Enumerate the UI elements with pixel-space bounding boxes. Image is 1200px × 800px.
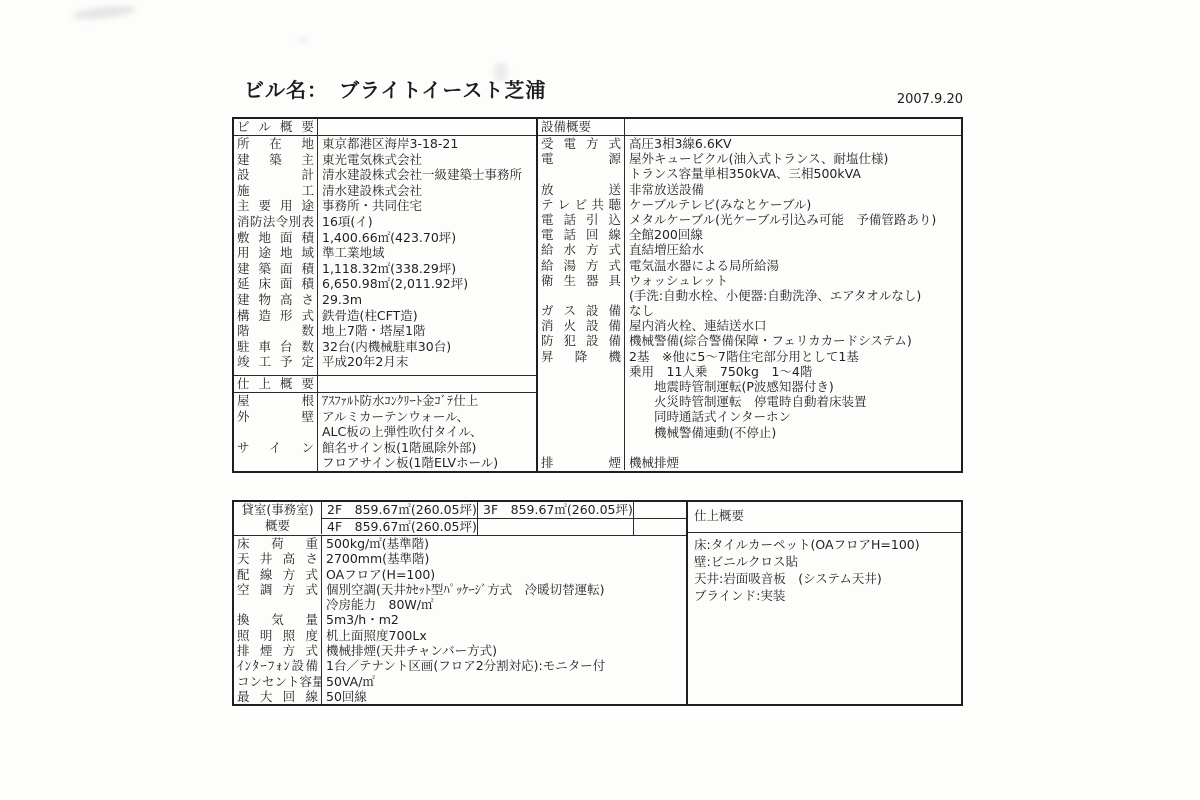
row-value: 準工業地域: [318, 245, 536, 261]
row-value: 機械警備連動(不停止): [625, 425, 961, 440]
section-title: 仕上概要: [234, 376, 318, 392]
table-row: ｲﾝﾀｰﾌｫﾝ設備 1台／テナント区画(フロア2分割対応):モニター付: [234, 658, 686, 673]
row-value: アルミカーテンウォール、: [318, 409, 536, 425]
row-label: 電話引込: [538, 212, 625, 227]
row-value: (手洗:自動水栓、小便器:自動洗浄、エアタオルなし): [625, 288, 961, 303]
row-label: 最大回線: [234, 689, 322, 704]
empty-cell: [318, 119, 536, 135]
row-label: 延床面積: [234, 276, 318, 292]
table-row: 建築主 東光電気株式会社: [234, 152, 536, 168]
spacer-row: [234, 370, 536, 375]
floor-area-cell: 4F 859.67㎡(260.05坪): [322, 519, 478, 535]
document-date: 2007.9.20: [853, 92, 963, 107]
row-value: 500kg/㎡(基準階): [322, 536, 686, 551]
table-row: トランス容量単相350kVA、三相500kVA: [538, 166, 961, 181]
row-value: 50回線: [322, 689, 686, 704]
table-row: 天井高さ 2700mm(基準階): [234, 551, 686, 566]
tenant-header-label-line1: 貸室(事務室): [234, 502, 321, 518]
row-value: 屋内消火栓、連結送水口: [625, 318, 961, 333]
row-label: 換気量: [234, 612, 322, 627]
tenant-header-label-line2: 概要: [234, 518, 321, 534]
row-label: 消防法令別表: [234, 214, 318, 230]
row-value: 高圧3相3線6.6KV: [625, 136, 961, 151]
table-row: 建築面積 1,118.32㎡(338.29坪): [234, 261, 536, 277]
building-overview-table: ビル概要 所在地 東京都港区海岸3-18-21 建築主 東光電気株式会社 設計 …: [232, 117, 538, 473]
building-overview-header-row: ビル概要: [234, 119, 536, 136]
row-value: メタルケーブル(光ケーブル引込み可能 予備管路あり): [625, 212, 961, 227]
row-value: OAフロア(H=100): [322, 567, 686, 582]
table-row: 消防法令別表 16項(イ): [234, 214, 536, 230]
empty-cell: [318, 376, 536, 392]
row-label: ｲﾝﾀｰﾌｫﾝ設備: [234, 658, 322, 673]
table-row: 同時通話式インターホン: [538, 409, 961, 424]
row-value: 清水建設株式会社一級建築士事務所: [318, 167, 536, 183]
table-row: 用途地域 準工業地域: [234, 245, 536, 261]
row-value: 同時通話式インターホン: [625, 409, 961, 424]
table-row: 主要用途 事務所・共同住宅: [234, 198, 536, 214]
row-value: 機械排煙: [625, 455, 961, 470]
row-label: 用途地域: [234, 245, 318, 261]
table-row: 階数 地上7階・塔屋1階: [234, 323, 536, 339]
finish-overview-header-row: 仕上概要: [234, 375, 536, 393]
tenant-overview-table: 貸室(事務室) 概要 2F 859.67㎡(260.05坪)3F 859.67㎡…: [232, 500, 688, 706]
table-row: 照明照度 机上面照度700Lx: [234, 628, 686, 643]
row-value: 屋外キュービクル(油入式トランス、耐塩仕様): [625, 151, 961, 166]
floor-area-row-2: 4F 859.67㎡(260.05坪): [322, 519, 686, 535]
table-row: 電源 屋外キュービクル(油入式トランス、耐塩仕様): [538, 151, 961, 166]
equipment-overview-rows: 受電方式 高圧3相3線6.6KV 電源 屋外キュービクル(油入式トランス、耐塩仕…: [538, 136, 961, 470]
table-row: 乗用 11人乗 750kg 1～4階: [538, 364, 961, 379]
row-label: 建築面積: [234, 261, 318, 277]
table-row: 所在地 東京都港区海岸3-18-21: [234, 136, 536, 152]
row-label: 階数: [234, 323, 318, 339]
finish-overview-panel: 仕上概要 床:タイルカーペット(OAフロアH=100)壁:ビニルクロス貼天井:岩…: [686, 500, 963, 706]
row-value: 全館200回線: [625, 227, 961, 242]
row-label: 昇降機: [538, 349, 625, 364]
row-value: 非常放送設備: [625, 182, 961, 197]
row-value: 東京都港区海岸3-18-21: [318, 136, 536, 152]
table-row: 竣工予定 平成20年2月末: [234, 354, 536, 370]
table-row: 床荷重 500kg/㎡(基準階): [234, 536, 686, 551]
row-label: ガス設備: [538, 303, 625, 318]
table-row: 設計 清水建設株式会社一級建築士事務所: [234, 167, 536, 183]
row-value: 鉄骨造(柱CFT造): [318, 308, 536, 324]
row-value: 1台／テナント区画(フロア2分割対応):モニター付: [322, 658, 686, 673]
finish-line: ブラインド:実装: [694, 587, 955, 604]
table-row: 外壁 アルミカーテンウォール、: [234, 409, 536, 425]
row-value: なし: [625, 303, 961, 318]
floor-area-cell: [634, 519, 686, 535]
row-label: 建築主: [234, 152, 318, 168]
table-row: 冷房能力 80W/㎡: [234, 597, 686, 612]
table-row: 電話回線 全館200回線: [538, 227, 961, 242]
scan-smudge: [299, 37, 308, 43]
row-value: 6,650.98㎡(2,011.92坪): [318, 276, 536, 292]
table-row: 排煙方式 機械排煙(天井チャンバー方式): [234, 643, 686, 658]
finish-line: 壁:ビニルクロス貼: [694, 553, 955, 570]
row-value: 1,400.66㎡(423.70坪): [318, 230, 536, 246]
row-label: 電源: [538, 151, 625, 166]
row-value: ｱｽﾌｧﾙﾄ防水ｺﾝｸﾘｰﾄ金ｺﾞﾃ仕上: [318, 393, 536, 409]
finish-line: 天井:岩面吸音板 (システム天井): [694, 570, 955, 587]
table-row: ALC板の上弾性吹付タイル、: [234, 424, 536, 440]
row-label: [538, 394, 625, 409]
row-value: 1,118.32㎡(338.29坪): [318, 261, 536, 277]
row-value: ケーブルテレビ(みなとケーブル): [625, 197, 961, 212]
row-label: 竣工予定: [234, 354, 318, 370]
row-value: 乗用 11人乗 750kg 1～4階: [625, 364, 961, 379]
row-label: 建物高さ: [234, 292, 318, 308]
row-value: [625, 440, 961, 455]
finish-overview-rows: 屋根 ｱｽﾌｧﾙﾄ防水ｺﾝｸﾘｰﾄ金ｺﾞﾃ仕上 外壁 アルミカーテンウォール、 …: [234, 393, 536, 471]
row-value: 机上面照度700Lx: [322, 628, 686, 643]
table-row: 排煙 機械排煙: [538, 455, 961, 470]
row-label: 排煙: [538, 455, 625, 470]
tenant-overview-rows: 床荷重 500kg/㎡(基準階) 天井高さ 2700mm(基準階) 配線方式 O…: [234, 536, 686, 704]
row-label: [538, 409, 625, 424]
row-label: 防犯設備: [538, 333, 625, 348]
row-label: 放送: [538, 182, 625, 197]
row-value: 29.3m: [318, 292, 536, 308]
row-label: 配線方式: [234, 567, 322, 582]
row-value: 直結増圧給水: [625, 242, 961, 257]
row-value: 平成20年2月末: [318, 354, 536, 370]
tenant-header: 貸室(事務室) 概要 2F 859.67㎡(260.05坪)3F 859.67㎡…: [234, 502, 686, 536]
row-value: 機械排煙(天井チャンバー方式): [322, 643, 686, 658]
finish-line: 床:タイルカーペット(OAフロアH=100): [694, 536, 955, 553]
row-label: 電話回線: [538, 227, 625, 242]
table-row: 駐車台数 32台(内機械駐車30台): [234, 339, 536, 355]
row-label: [234, 424, 318, 440]
scan-smudge: [72, 4, 137, 22]
row-value: ウォッシュレット: [625, 273, 961, 288]
table-row: 昇降機 2基 ※他に5～7階住宅部分用として1基: [538, 349, 961, 364]
section-title: 設備概要: [538, 119, 625, 135]
row-value: 2700mm(基準階): [322, 551, 686, 566]
row-value: 16項(イ): [318, 214, 536, 230]
table-row: ガス設備 なし: [538, 303, 961, 318]
table-row: 放送 非常放送設備: [538, 182, 961, 197]
table-row: 火災時管制運転 停電時自動着床装置: [538, 394, 961, 409]
row-label: 構造形式: [234, 308, 318, 324]
row-value: 32台(内機械駐車30台): [318, 339, 536, 355]
row-value: 2基 ※他に5～7階住宅部分用として1基: [625, 349, 961, 364]
floor-area-cell: [478, 519, 634, 535]
floor-area-cell: [634, 502, 686, 518]
building-overview-rows: 所在地 東京都港区海岸3-18-21 建築主 東光電気株式会社 設計 清水建設株…: [234, 136, 536, 370]
row-value: 館名サイン板(1階風除外部): [318, 440, 536, 456]
section-title: 仕上概要: [688, 502, 961, 533]
floor-area-row-1: 2F 859.67㎡(260.05坪)3F 859.67㎡(260.05坪): [322, 502, 686, 519]
row-label: [234, 597, 322, 612]
row-value: ALC板の上弾性吹付タイル、: [318, 424, 536, 440]
equipment-overview-header-row: 設備概要: [538, 119, 961, 136]
table-row: 建物高さ 29.3m: [234, 292, 536, 308]
empty-cell: [625, 119, 961, 135]
table-row: (手洗:自動水栓、小便器:自動洗浄、エアタオルなし): [538, 288, 961, 303]
floor-area-cell: 2F 859.67㎡(260.05坪): [322, 502, 478, 518]
row-value: トランス容量単相350kVA、三相500kVA: [625, 166, 961, 181]
row-label: 給湯方式: [538, 258, 625, 273]
row-label: [538, 364, 625, 379]
table-row: 機械警備連動(不停止): [538, 425, 961, 440]
table-row: 防犯設備 機械警備(綜合警備保障・フェリカカードシステム): [538, 333, 961, 348]
scanned-building-spec-sheet: { "page": { "title": "ビル名： ブライトイースト芝浦", …: [0, 0, 1200, 800]
table-row: 給水方式 直結増圧給水: [538, 242, 961, 257]
tenant-header-label: 貸室(事務室) 概要: [234, 502, 322, 534]
row-label: 設計: [234, 167, 318, 183]
table-row: 受電方式 高圧3相3線6.6KV: [538, 136, 961, 151]
table-row: 換気量 5m3/h・m2: [234, 612, 686, 627]
table-row: 延床面積 6,650.98㎡(2,011.92坪): [234, 276, 536, 292]
empty-cell: [234, 370, 318, 375]
row-label: コンセント容量: [234, 674, 322, 689]
equipment-overview-table: 設備概要 受電方式 高圧3相3線6.6KV 電源 屋外キュービクル(油入式トラン…: [536, 117, 963, 473]
row-label: 照明照度: [234, 628, 322, 643]
section-title: ビル概要: [234, 119, 318, 135]
table-row: 構造形式 鉄骨造(柱CFT造): [234, 308, 536, 324]
floor-area-cell: 3F 859.67㎡(260.05坪): [478, 502, 634, 518]
table-row: 敷地面積 1,400.66㎡(423.70坪): [234, 230, 536, 246]
row-label: 主要用途: [234, 198, 318, 214]
row-label: 排煙方式: [234, 643, 322, 658]
row-label: [538, 440, 625, 455]
row-value: 火災時管制運転 停電時自動着床装置: [625, 394, 961, 409]
row-label: サイン: [234, 440, 318, 456]
row-label: 空調方式: [234, 582, 322, 597]
table-row: サイン 館名サイン板(1階風除外部): [234, 440, 536, 456]
row-label: 駐車台数: [234, 339, 318, 355]
row-label: 外壁: [234, 409, 318, 425]
table-row: 配線方式 OAフロア(H=100): [234, 567, 686, 582]
row-value: 東光電気株式会社: [318, 152, 536, 168]
row-value: 50VA/㎡: [322, 674, 686, 689]
row-value: 事務所・共同住宅: [318, 198, 536, 214]
row-value: 清水建設株式会社: [318, 183, 536, 199]
row-label: テレビ共聴: [538, 197, 625, 212]
table-row: フロアサイン板(1階ELVホール): [234, 455, 536, 471]
row-value: フロアサイン板(1階ELVホール): [318, 455, 536, 471]
table-row: 屋根 ｱｽﾌｧﾙﾄ防水ｺﾝｸﾘｰﾄ金ｺﾞﾃ仕上: [234, 393, 536, 409]
row-value: 機械警備(綜合警備保障・フェリカカードシステム): [625, 333, 961, 348]
table-row: 消火設備 屋内消火栓、連結送水口: [538, 318, 961, 333]
row-label: [538, 425, 625, 440]
row-value: 電気温水器による局所給湯: [625, 258, 961, 273]
table-row: 地震時管制運転(P波感知器付き): [538, 379, 961, 394]
row-value: 5m3/h・m2: [322, 612, 686, 627]
row-label: 所在地: [234, 136, 318, 152]
tenant-floor-area-grid: 2F 859.67㎡(260.05坪)3F 859.67㎡(260.05坪) 4…: [322, 502, 686, 535]
table-row: 電話引込 メタルケーブル(光ケーブル引込み可能 予備管路あり): [538, 212, 961, 227]
row-label: 給水方式: [538, 242, 625, 257]
row-label: 消火設備: [538, 318, 625, 333]
row-value: 冷房能力 80W/㎡: [322, 597, 686, 612]
table-row: 施工 清水建設株式会社: [234, 183, 536, 199]
row-value: 個別空調(天井ｶｾｯﾄ型ﾊﾟｯｹｰｼﾞ方式 冷暖切替運転): [322, 582, 686, 597]
page-title: ビル名： ブライトイースト芝浦: [244, 74, 546, 103]
finish-overview-lines: 床:タイルカーペット(OAフロアH=100)壁:ビニルクロス貼天井:岩面吸音板 …: [688, 533, 961, 607]
row-label: 屋根: [234, 393, 318, 409]
row-label: [538, 379, 625, 394]
row-value: 地震時管制運転(P波感知器付き): [625, 379, 961, 394]
table-row: 最大回線 50回線: [234, 689, 686, 704]
row-label: 天井高さ: [234, 551, 322, 566]
row-label: [538, 166, 625, 181]
table-row: 衛生器具 ウォッシュレット: [538, 273, 961, 288]
table-row: [538, 440, 961, 455]
table-row: テレビ共聴 ケーブルテレビ(みなとケーブル): [538, 197, 961, 212]
row-label: 衛生器具: [538, 273, 625, 288]
table-row: コンセント容量 50VA/㎡: [234, 674, 686, 689]
empty-cell: [318, 370, 536, 375]
row-label: 敷地面積: [234, 230, 318, 246]
row-label: [538, 288, 625, 303]
table-row: 空調方式 個別空調(天井ｶｾｯﾄ型ﾊﾟｯｹｰｼﾞ方式 冷暖切替運転): [234, 582, 686, 597]
row-label: 施工: [234, 183, 318, 199]
table-row: 給湯方式 電気温水器による局所給湯: [538, 258, 961, 273]
row-label: [234, 455, 318, 471]
row-label: 床荷重: [234, 536, 322, 551]
row-value: 地上7階・塔屋1階: [318, 323, 536, 339]
row-label: 受電方式: [538, 136, 625, 151]
